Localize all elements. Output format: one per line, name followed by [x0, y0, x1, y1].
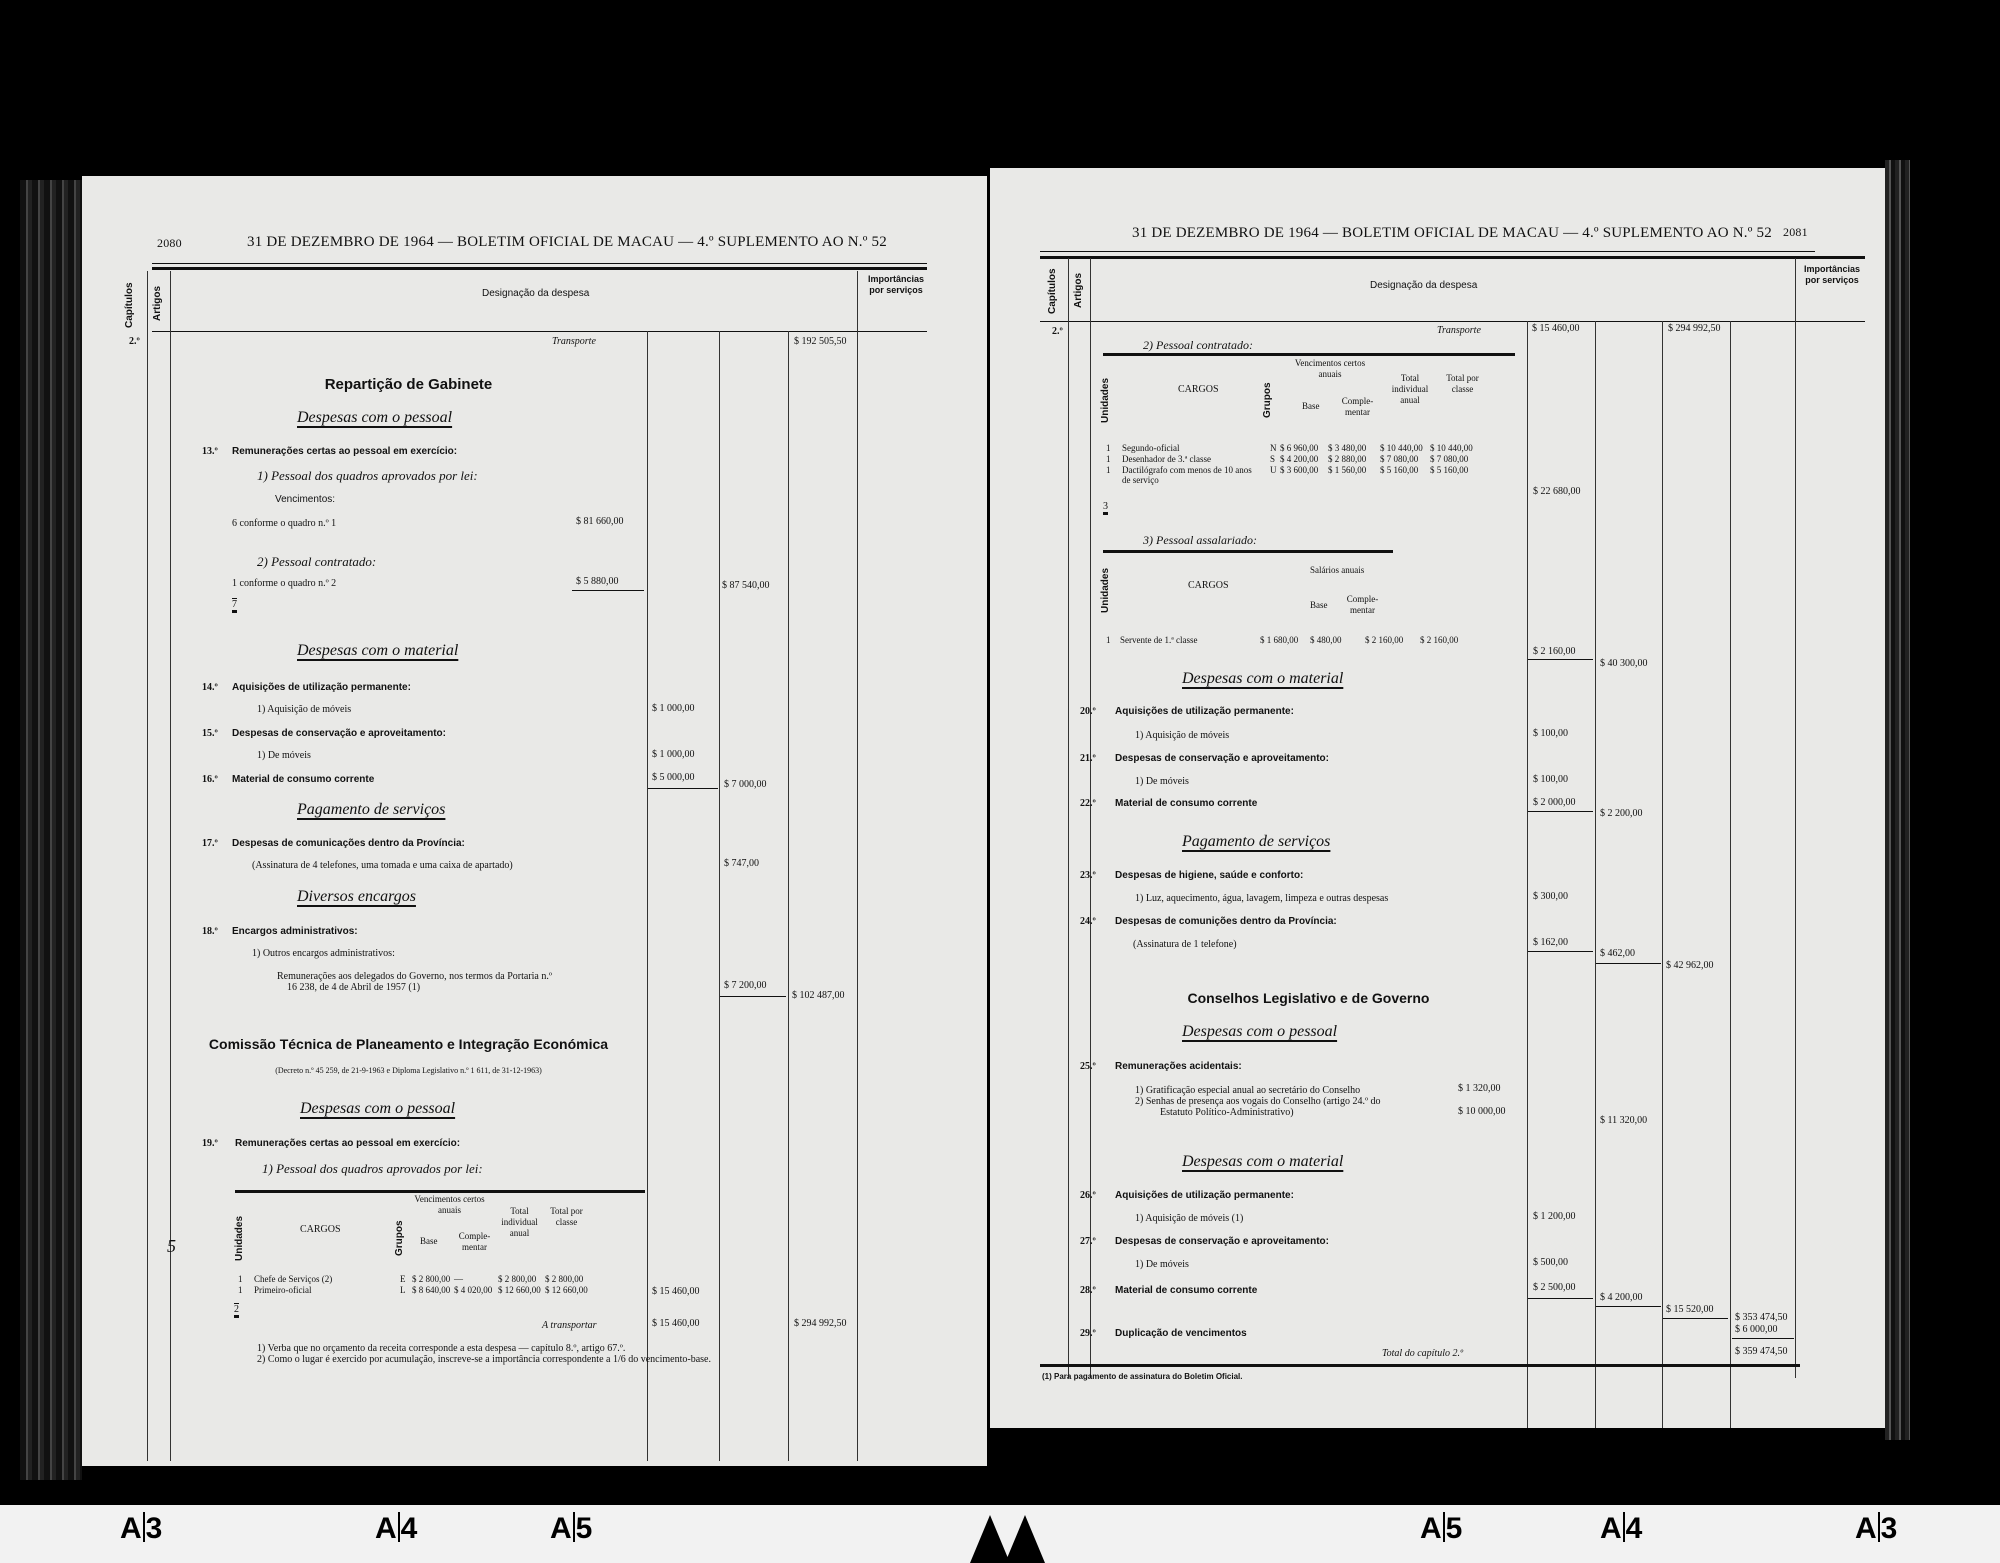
table-cell-g: N — [1270, 443, 1277, 453]
table-cell-tind: $ 10 440,00 — [1380, 443, 1423, 453]
line-item: 1) Luz, aquecimento, água, lavagem, limp… — [1135, 893, 1388, 904]
article-title: Despesas de higiene, saúde e conforto: — [1115, 870, 1303, 881]
amount: $ 1 000,00 — [652, 703, 695, 714]
th-cargos: CARGOS — [1188, 580, 1229, 591]
subsection-heading: Despesas com o material — [1182, 1153, 1343, 1171]
table-cell-base: $ 2 800,00 — [412, 1274, 450, 1284]
table-cell-tcl: $ 2 160,00 — [1420, 635, 1458, 645]
th-base: Base — [1302, 401, 1320, 412]
table-cell-comp: $ 1 560,00 — [1328, 465, 1366, 475]
line-item: 1) Gratificação especial anual ao secret… — [1135, 1085, 1360, 1096]
article-title: Despesas de comunições dentro da Provínc… — [1115, 916, 1337, 927]
col-artigos: Artigos — [152, 281, 163, 321]
table-cell-cargo: Chefe de Serviços (2) — [254, 1274, 332, 1284]
table-cell-tcl: $ 2 800,00 — [545, 1274, 583, 1284]
th-total-individual: Total individual anual — [497, 1206, 542, 1239]
table-cell-tind: $ 7 080,00 — [1380, 454, 1418, 464]
transporte-label: Transporte — [552, 336, 596, 347]
line-item: 1 conforme o quadro n.º 2 — [232, 578, 336, 589]
page-number: 2080 — [157, 236, 182, 251]
subtotal: $ 40 300,00 — [1600, 658, 1648, 669]
table-cell-cargo: Desenhador de 3.ª classe — [1122, 454, 1262, 464]
amount: $ 7 200,00 — [724, 980, 767, 991]
subitem: 2) Pessoal contratado: — [257, 554, 376, 570]
article-title: Remunerações certas ao pessoal em exercí… — [232, 446, 457, 457]
footnote: 2) Como o lugar é exercido por acumulaçã… — [257, 1354, 711, 1365]
table-cell-u: 1 — [1106, 443, 1111, 453]
table-cell-comp: $ 4 020,00 — [454, 1285, 492, 1295]
line-item: 1) Aquisição de móveis — [257, 704, 351, 715]
amount: $ 100,00 — [1533, 728, 1568, 739]
article-number: 23.º — [1080, 870, 1096, 881]
article-title: Despesas de conservação e aproveitamento… — [1115, 1236, 1329, 1247]
table-cell-u: 1 — [1106, 635, 1111, 645]
article-title: Despesas de comunicações dentro da Proví… — [232, 838, 465, 849]
table-cell-cargo: Servente de 1.ª classe — [1120, 635, 1197, 645]
col-designacao: Designação da despesa — [482, 288, 589, 299]
service-total: $ 42 962,00 — [1666, 960, 1714, 971]
table-cell-g: S — [1270, 454, 1275, 464]
footnote: 1) Verba que no orçamento da receita cor… — [257, 1343, 625, 1354]
article-title: Despesas de conservação e aproveitamento… — [232, 728, 446, 739]
table-cell-comp: $ 480,00 — [1310, 635, 1342, 645]
th-unidades: Unidades — [234, 1206, 245, 1261]
subsection-heading: Despesas com o material — [297, 642, 458, 660]
section-title: Conselhos Legislativo e de Governo — [1090, 990, 1527, 1006]
article-title: Aquisições de utilização permanente: — [1115, 706, 1294, 717]
table-cell-tind: $ 2 800,00 — [498, 1274, 536, 1284]
article-title: Remunerações acidentais: — [1115, 1061, 1242, 1072]
a-transportar-value: $ 15 460,00 — [652, 1318, 700, 1329]
article-number: 24.º — [1080, 916, 1096, 927]
amount: $ 2 500,00 — [1533, 1282, 1576, 1293]
subtotal: $ 11 320,00 — [1600, 1115, 1647, 1126]
amount: $ 300,00 — [1533, 891, 1568, 902]
amount: $ 1 200,00 — [1533, 1211, 1576, 1222]
article-title: Material de consumo corrente — [232, 774, 374, 785]
subtotal: $ 2 200,00 — [1600, 808, 1643, 819]
line-item: 1) De móveis — [1135, 776, 1189, 787]
subtotal: $ 15 520,00 — [1666, 1304, 1714, 1315]
subtotal: $ 87 540,00 — [722, 580, 770, 591]
section-title: Repartição de Gabinete — [170, 376, 647, 393]
article-title: Encargos administrativos: — [232, 926, 358, 937]
units-total: 7 — [232, 598, 237, 613]
col-capitulos: Capítulos — [124, 278, 135, 328]
section-subtitle: (Decreto n.º 45 259, de 21-9-1963 e Dipl… — [170, 1066, 647, 1075]
article-title: Aquisições de utilização permanente: — [232, 682, 411, 693]
col-capitulos: Capítulos — [1047, 264, 1058, 314]
center-triangle-right — [1005, 1515, 1045, 1563]
line-item: 1) Aquisição de móveis (1) — [1135, 1213, 1243, 1224]
film-frame-mark: A4 — [375, 1512, 417, 1546]
article-title: Duplicação de vencimentos — [1115, 1328, 1247, 1339]
transporte-value: $ 192 505,50 — [794, 336, 847, 347]
table-cell-cargo: Primeiro-oficial — [254, 1285, 311, 1295]
amount: $ 1 000,00 — [652, 749, 695, 760]
subsection-heading: Diversos encargos — [297, 888, 416, 906]
th-grupos: Grupos — [1262, 378, 1273, 418]
amount: $ 100,00 — [1533, 774, 1568, 785]
chapter-number: 2.º — [1052, 326, 1063, 337]
subitem: 1) Pessoal dos quadros aprovados por lei… — [262, 1161, 483, 1177]
article-number: 21.º — [1080, 753, 1096, 764]
line-item: 6 conforme o quadro n.º 1 — [232, 518, 336, 529]
right-page: 31 DE DEZEMBRO DE 1964 — BOLETIM OFICIAL… — [990, 168, 1885, 1428]
units-total: 2 — [234, 1303, 239, 1318]
running-header: 31 DE DEZEMBRO DE 1964 — BOLETIM OFICIAL… — [1132, 225, 1772, 242]
footnote: (1) Para pagamento de assinatura do Bole… — [1042, 1372, 1243, 1381]
line-item: 2) Senhas de presença aos vogais do Cons… — [1135, 1096, 1381, 1107]
subitem: 1) Pessoal dos quadros aprovados por lei… — [257, 468, 478, 484]
book-edge-right — [1885, 160, 1910, 1440]
article-number: 27.º — [1080, 1236, 1096, 1247]
subitem: 3) Pessoal assalariado: — [1143, 533, 1257, 548]
col-designacao: Designação da despesa — [1370, 280, 1477, 291]
table-cell-g: E — [400, 1274, 406, 1284]
subitem: 2) Pessoal contratado: — [1143, 338, 1253, 353]
article-number: 20.º — [1080, 706, 1096, 717]
table-cell-base: $ 3 600,00 — [1280, 465, 1318, 475]
th-salarios: Salários anuais — [1310, 565, 1364, 576]
subtotal: $ 7 000,00 — [724, 779, 767, 790]
amount: $ 500,00 — [1533, 1257, 1568, 1268]
subitem: 1) Outros encargos administrativos: — [252, 948, 395, 959]
label: Vencimentos: — [275, 494, 335, 505]
a-transportar-total: $ 294 992,50 — [794, 1318, 847, 1329]
article-number: 15.º — [202, 728, 218, 739]
line-item: 1) De móveis — [1135, 1259, 1189, 1270]
th-complementar: Comple-mentar — [1340, 594, 1385, 616]
table-cell-g: L — [400, 1285, 406, 1295]
line-item: Estatuto Político-Administrativo) — [1160, 1107, 1294, 1118]
book-spine-left — [20, 180, 82, 1480]
table-cell-cargo: Segundo-oficial — [1122, 443, 1262, 453]
film-frame-mark: A5 — [550, 1512, 592, 1546]
subsection-heading: Despesas com o pessoal — [297, 409, 452, 427]
amount: $ 81 660,00 — [576, 516, 624, 527]
subsection-heading: Pagamento de serviços — [1182, 833, 1330, 851]
th-complementar: Comple-mentar — [1335, 396, 1380, 418]
subtotal: $ 15 460,00 — [652, 1286, 700, 1297]
table-cell-comp: $ 3 480,00 — [1328, 443, 1366, 453]
amount: $ 6 000,00 — [1735, 1324, 1778, 1335]
amount: $ 5 000,00 — [652, 772, 695, 783]
a-transportar-label: A transportar — [542, 1320, 597, 1331]
table-cell-u: 1 — [238, 1274, 243, 1284]
table-cell-comp: — — [454, 1274, 463, 1284]
table-cell-u: 1 — [238, 1285, 243, 1295]
table-cell-g: U — [1270, 465, 1277, 475]
running-header: 31 DE DEZEMBRO DE 1964 — BOLETIM OFICIAL… — [247, 234, 887, 251]
th-unidades: Unidades — [1100, 368, 1111, 423]
line-item: (Assinatura de 4 telefones, uma tomada e… — [252, 860, 513, 871]
table-cell-tind: $ 2 160,00 — [1365, 635, 1403, 645]
grand-subtotal: $ 353 474,50 — [1735, 1312, 1788, 1323]
line-item: Remunerações aos delegados do Governo, n… — [277, 971, 552, 982]
table-cell-tcl: $ 5 160,00 — [1430, 465, 1468, 475]
line-item: (Assinatura de 1 telefone) — [1133, 939, 1237, 950]
amount: $ 10 000,00 — [1458, 1106, 1506, 1117]
article-title: Remunerações certas ao pessoal em exercí… — [235, 1138, 460, 1149]
col-artigos: Artigos — [1073, 268, 1084, 308]
table-cell-base: $ 1 680,00 — [1260, 635, 1298, 645]
total-label: Total do capítulo 2.º — [1382, 1348, 1463, 1359]
subsection-heading: Despesas com o material — [1182, 670, 1343, 688]
article-number: 19.º — [202, 1138, 218, 1149]
article-number: 13.º — [202, 446, 218, 457]
subtotal: $ 2 160,00 — [1533, 646, 1576, 657]
table-cell-base: $ 8 640,00 — [412, 1285, 450, 1295]
service-total: $ 102 487,00 — [792, 990, 845, 1001]
section-title: Comissão Técnica de Planeamento e Integr… — [170, 1036, 647, 1052]
article-number: 22.º — [1080, 798, 1096, 809]
handwritten-mark: 5 — [167, 1236, 176, 1257]
subtotal: $ 22 680,00 — [1533, 486, 1581, 497]
film-frame-mark: A4 — [1600, 1512, 1642, 1546]
page-number: 2081 — [1783, 225, 1808, 240]
table-cell-tind: $ 5 160,00 — [1380, 465, 1418, 475]
chapter-number: 2.º — [129, 336, 140, 347]
table-cell-tcl: $ 10 440,00 — [1430, 443, 1473, 453]
table-cell-base: $ 6 960,00 — [1280, 443, 1318, 453]
table-cell-base: $ 4 200,00 — [1280, 454, 1318, 464]
th-total-classe: Total por classe — [544, 1206, 589, 1228]
article-number: 26.º — [1080, 1190, 1096, 1201]
film-frame-mark: A5 — [1420, 1512, 1462, 1546]
article-title: Aquisições de utilização permanente: — [1115, 1190, 1294, 1201]
th-vencimentos: Vencimentos certos anuais — [1290, 358, 1370, 380]
subtotal: $ 4 200,00 — [1600, 1292, 1643, 1303]
th-total-classe: Total por classe — [1440, 373, 1485, 395]
amount: $ 5 880,00 — [576, 576, 619, 587]
amount: $ 162,00 — [1533, 937, 1568, 948]
table-cell-cargo: Dactilógrafo com menos de 10 anos de ser… — [1122, 465, 1262, 485]
th-base: Base — [1310, 600, 1328, 611]
line-item: 1) De móveis — [257, 750, 311, 761]
table-cell-tcl: $ 7 080,00 — [1430, 454, 1468, 464]
transporte-label: Transporte — [1437, 325, 1481, 336]
table-cell-tcl: $ 12 660,00 — [545, 1285, 588, 1295]
col-importancias: Importâncias por serviços — [1798, 264, 1866, 286]
article-title: Despesas de conservação e aproveitamento… — [1115, 753, 1329, 764]
article-number: 25.º — [1080, 1061, 1096, 1072]
transporte-total: $ 294 992,50 — [1668, 323, 1721, 334]
subsection-heading: Despesas com o pessoal — [1182, 1023, 1337, 1041]
article-number: 14.º — [202, 682, 218, 693]
film-frame-mark: A3 — [120, 1512, 162, 1546]
film-frame-mark: A3 — [1855, 1512, 1897, 1546]
article-number: 29.º — [1080, 1328, 1096, 1339]
th-vencimentos: Vencimentos certos anuais — [412, 1194, 487, 1216]
col-importancias: Importâncias por serviços — [862, 274, 930, 296]
units-total: 3 — [1103, 501, 1108, 515]
article-title: Material de consumo corrente — [1115, 1285, 1257, 1296]
table-cell-comp: $ 2 880,00 — [1328, 454, 1366, 464]
amount: $ 747,00 — [724, 858, 759, 869]
subsection-heading: Pagamento de serviços — [297, 801, 445, 819]
amount: $ 2 000,00 — [1533, 797, 1576, 808]
left-page: 2080 31 DE DEZEMBRO DE 1964 — BOLETIM OF… — [82, 176, 987, 1466]
table-cell-u: 1 — [1106, 465, 1111, 475]
line-item: 16 238, de 4 de Abril de 1957 (1) — [287, 982, 420, 993]
article-number: 18.º — [202, 926, 218, 937]
article-number: 16.º — [202, 774, 218, 785]
amount: $ 1 320,00 — [1458, 1083, 1501, 1094]
th-complementar: Comple-mentar — [452, 1231, 497, 1253]
th-base: Base — [420, 1236, 438, 1247]
article-number: 28.º — [1080, 1285, 1096, 1296]
transporte-value: $ 15 460,00 — [1532, 323, 1580, 334]
line-item: 1) Aquisição de móveis — [1135, 730, 1229, 741]
th-unidades: Unidades — [1100, 563, 1111, 613]
th-total-individual: Total individual anual — [1385, 373, 1435, 406]
chapter-total: $ 359 474,50 — [1735, 1346, 1788, 1357]
th-grupos: Grupos — [394, 1216, 405, 1256]
center-triangle-left — [970, 1515, 1010, 1563]
table-cell-u: 1 — [1106, 454, 1111, 464]
article-title: Material de consumo corrente — [1115, 798, 1257, 809]
article-number: 17.º — [202, 838, 218, 849]
subtotal: $ 462,00 — [1600, 948, 1635, 959]
th-cargos: CARGOS — [1178, 384, 1219, 395]
table-cell-tind: $ 12 660,00 — [498, 1285, 541, 1295]
subsection-heading: Despesas com o pessoal — [300, 1100, 455, 1118]
th-cargos: CARGOS — [300, 1224, 341, 1235]
